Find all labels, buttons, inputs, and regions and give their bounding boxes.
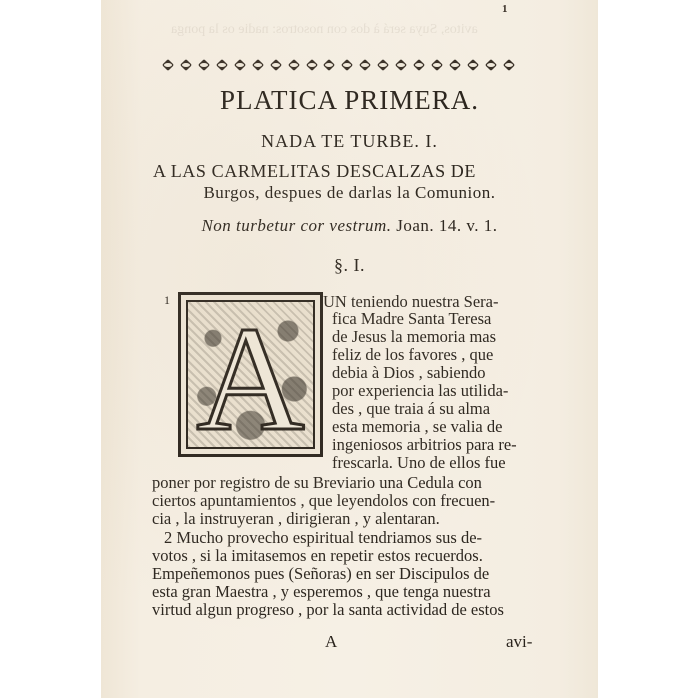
section-mark: §. I.	[101, 255, 598, 276]
catchword: avi-	[506, 632, 532, 652]
text-line: esta gran Maestra , y esperemos , que te…	[152, 582, 491, 602]
text-line: debia à Dios , sabiendo	[332, 363, 486, 383]
text-line: votos , si la imitasemos en repetir esto…	[152, 546, 483, 566]
chapter-title: PLATICA PRIMERA.	[101, 85, 598, 116]
text-line: Empeñemonos pues (Señoras) en ser Discip…	[152, 564, 489, 584]
text-line: esta memoria , se valia de	[332, 417, 502, 437]
text-line: frescarla. Uno de ellos fue	[332, 453, 506, 473]
epigraph-latin: Non turbetur cor vestrum.	[201, 216, 391, 235]
text-line: feliz de los favores , que	[332, 345, 493, 365]
folio-number: 1	[502, 3, 508, 15]
fleuron-chain-icon	[394, 60, 408, 70]
text-line: ciertos apuntamientos , que leyendolos c…	[152, 491, 495, 511]
paragraph-number-1: 1	[164, 293, 170, 308]
text-line: virtud algun progreso , por la santa act…	[152, 600, 504, 620]
fleuron-chain-icon	[215, 60, 229, 70]
epigraph: Non turbetur cor vestrum. Joan. 14. v. 1…	[101, 216, 598, 236]
dedication-line-1: A LAS CARMELITAS DESCALZAS DE	[153, 161, 573, 182]
fleuron-chain-icon	[358, 60, 372, 70]
fleuron-chain-icon	[340, 60, 354, 70]
show-through-text: avitos, Suya será à dos con nosotros: na…	[171, 22, 478, 38]
fleuron-chain-icon	[233, 60, 247, 70]
fleuron-chain-icon	[412, 60, 426, 70]
fleuron-chain-icon	[322, 60, 336, 70]
text-line: por experiencia las utilida-	[332, 381, 508, 401]
fleuron-chain-icon	[376, 60, 390, 70]
fleuron-chain-icon	[502, 60, 516, 70]
fleuron-chain-icon	[484, 60, 498, 70]
fleuron-chain-icon	[448, 60, 462, 70]
fleuron-chain-icon	[161, 60, 175, 70]
fleuron-chain-icon	[287, 60, 301, 70]
book-page: avitos, Suya será à dos con nosotros: na…	[101, 0, 598, 698]
ornament-band	[161, 57, 516, 73]
fleuron-chain-icon	[179, 60, 193, 70]
fleuron-chain-icon	[251, 60, 265, 70]
text-line: 2 Mucho provecho espiritual tendriamos s…	[164, 528, 482, 548]
text-line: ingeniosos arbitrios para re-	[332, 435, 517, 455]
text-line: des , que traia á su alma	[332, 399, 490, 419]
fleuron-chain-icon	[197, 60, 211, 70]
epigraph-reference: Joan. 14. v. 1.	[396, 216, 497, 235]
text-line: fica Madre Santa Teresa	[332, 309, 491, 329]
dropcap-letter: A	[188, 304, 313, 449]
fleuron-chain-icon	[466, 60, 480, 70]
text-line: de Jesus la memoria mas	[332, 327, 496, 347]
historiated-initial: A	[178, 292, 323, 457]
signature-mark: A	[325, 632, 337, 652]
foliage-ornament-icon: A	[186, 300, 315, 449]
chapter-subtitle: NADA TE TURBE. I.	[101, 131, 598, 152]
dedication-line-2: Burgos, despues de darlas la Comunion.	[101, 183, 598, 203]
fleuron-chain-icon	[430, 60, 444, 70]
fleuron-chain-icon	[269, 60, 283, 70]
text-line: cia , la instruyeran , dirigieran , y al…	[152, 509, 440, 529]
text-line: poner por registro de su Breviario una C…	[152, 473, 482, 493]
fleuron-chain-icon	[305, 60, 319, 70]
